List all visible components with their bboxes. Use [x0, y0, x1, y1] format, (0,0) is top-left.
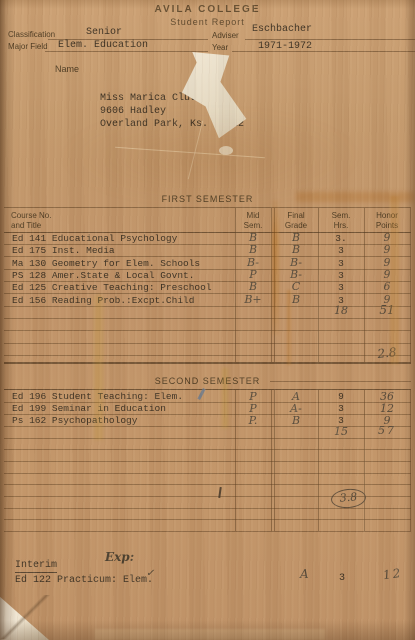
student-name: Miss Marica Clutz — [100, 93, 202, 104]
col-course-l1: Course No. — [11, 211, 51, 221]
col-mid-l2: Sem. — [235, 221, 271, 231]
total-honor-points: 57 — [364, 424, 410, 437]
major-field-value: Elem. Education — [58, 40, 148, 51]
student-city: Overland Park, Ks. 66212 — [100, 119, 244, 130]
major-field-label: Major Field — [8, 42, 48, 51]
interim-course: Ed 122 Practicum: Elem. — [15, 575, 153, 586]
year-label: Year — [212, 43, 228, 52]
col-mid-l1: Mid — [235, 211, 271, 221]
interim-label: Interim — [15, 560, 57, 573]
sem-hrs: 3 — [318, 403, 364, 414]
final-grade: B — [274, 293, 318, 306]
year-rule — [232, 51, 415, 52]
col-hrs-l2: Hrs. — [318, 221, 364, 231]
table-rule — [4, 330, 411, 331]
table-rule — [4, 508, 411, 509]
mid-grade: P. — [235, 414, 271, 427]
folded-corner — [0, 596, 50, 640]
course-title: Ed 175 Inst. Media — [12, 245, 115, 256]
course-title: Ed 199 Seminar in Education — [12, 403, 166, 414]
mid-grade: B — [235, 280, 271, 293]
bottom-light-strip — [95, 629, 325, 640]
crease-line — [115, 147, 265, 158]
table-rule — [4, 473, 411, 474]
torn-nick — [219, 146, 233, 155]
adviser-label: Adviser — [212, 31, 239, 40]
table-rule — [4, 256, 411, 257]
course-title: Ma 130 Geometry for Elem. Schools — [12, 258, 200, 269]
course-title: Ps 162 Psychopathology — [12, 415, 137, 426]
name-label: Name — [55, 64, 79, 74]
course-title: Ed 125 Creative Teaching: Preschool — [12, 282, 212, 293]
table-rule — [4, 293, 411, 294]
table-rule — [4, 484, 411, 485]
table-rule — [4, 355, 411, 356]
total-honor-points: 51 — [364, 303, 410, 317]
col-honor-l1: Honor — [364, 211, 410, 221]
interim-grade: A — [300, 567, 309, 581]
sem-hrs: 3 — [318, 245, 364, 256]
sem-hrs: 9 — [318, 391, 364, 402]
honor-points: 9 — [364, 243, 410, 256]
col-hrs-l1: Sem. — [318, 211, 364, 221]
final-grade: C — [274, 280, 318, 293]
col-course-l2: and Title — [11, 221, 51, 231]
honor-points: 6 — [364, 280, 410, 293]
mid-grade: B — [235, 243, 271, 256]
course-title: PS 128 Amer.State & Local Govnt. — [12, 270, 194, 281]
classification-value: Senior — [86, 27, 122, 38]
final-grade: B — [274, 414, 318, 427]
table-rule — [4, 449, 411, 450]
major-field-rule — [45, 51, 208, 52]
semester-gpa: 2.8 — [363, 344, 410, 363]
total-sem-hrs: 15 — [318, 425, 364, 438]
course-title: Ed 141 Educational Psychology — [12, 233, 177, 244]
table-rule — [4, 343, 411, 344]
col-final-l2: Grade — [274, 221, 318, 231]
first-semester-title: FIRST SEMESTER — [0, 194, 415, 204]
table-rule — [4, 318, 411, 319]
college-title: AVILA COLLEGE — [0, 4, 415, 15]
table-rule — [4, 438, 411, 439]
final-grade: B — [274, 243, 318, 256]
sem-hrs: 3. — [318, 233, 364, 244]
adviser-value: Eschbacher — [252, 24, 312, 35]
classification-label: Classification — [8, 30, 55, 39]
interim-honor: 12 — [382, 566, 403, 583]
table-rule — [270, 381, 411, 382]
total-sem-hrs: 18 — [318, 304, 364, 317]
folded-corner-edge — [0, 595, 50, 639]
sem-hrs: 3 — [318, 270, 364, 281]
course-title: Ed 156 Reading Prob.:Excpt.Child — [12, 295, 194, 306]
table-rule — [4, 519, 411, 520]
adviser-rule — [245, 39, 415, 40]
student-report-document: AVILA COLLEGE Student Report Classificat… — [0, 0, 415, 640]
student-street: 9606 Hadley — [100, 106, 166, 117]
table-rule — [4, 461, 411, 462]
first-semester-table: Course No. and Title Mid Sem. Final Grad… — [4, 207, 411, 364]
report-subtitle: Student Report — [0, 17, 415, 27]
col-honor-l2: Points — [364, 221, 410, 231]
interim-annotation: Exp: — [105, 550, 134, 564]
col-final-l1: Final — [274, 211, 318, 221]
mid-grade: B+ — [235, 293, 271, 306]
second-semester-table: Ed 196 Student Teaching: Elem. Ed 199 Se… — [4, 389, 411, 532]
sem-hrs: 3 — [318, 282, 364, 293]
sem-hrs: 3 — [318, 258, 364, 269]
interim-hrs: 3 — [339, 573, 345, 584]
course-title: Ed 196 Student Teaching: Elem. — [12, 391, 183, 402]
